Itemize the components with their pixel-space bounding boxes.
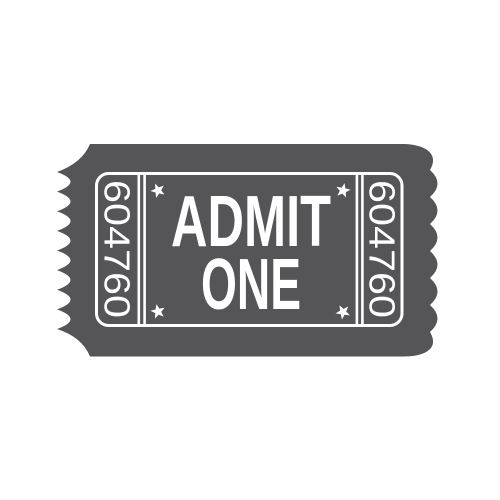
serial-number-left: 604760 [97,180,138,318]
admit-one-ticket-graphic: 604760 604760 ADMIT ONE [0,0,500,500]
serial-number-right: 604760 [362,180,403,318]
admit-text-line2: ONE [201,245,301,325]
